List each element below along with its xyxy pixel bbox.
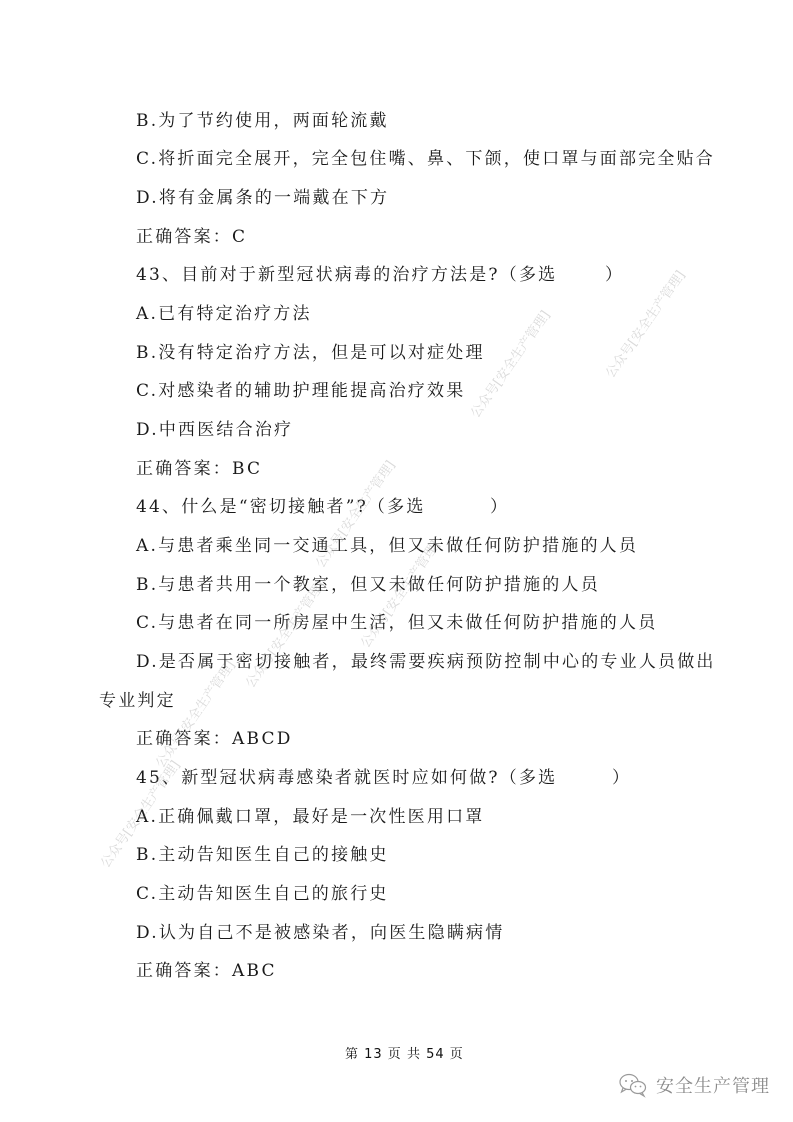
watermark-text: 公众号[安全生产管理] — [150, 656, 238, 771]
option-line: C.主动告知医生自己的旅行史 — [136, 883, 389, 905]
page-indicator: 第 13 页 共 54 页 — [345, 1043, 464, 1062]
option-line: A.与患者乘坐同一交通工具，但又未做任何防护措施的人员 — [136, 535, 638, 557]
brand-label: 安全生产管理 — [656, 1072, 770, 1098]
line-text: 正确答案：ABC — [136, 961, 277, 981]
line-text: C.将折面完全展开，完全包住嘴、鼻、下颌，使口罩与面部完全贴合 — [136, 149, 715, 169]
question-line: 43、目前对于新型冠状病毒的治疗方法是?（多选 — [136, 264, 557, 286]
question-line: 45、新型冠状病毒感染者就医时应如何做?（多选 — [136, 767, 557, 789]
document-page: B.为了节约使用，两面轮流戴C.将折面完全展开，完全包住嘴、鼻、下颌，使口罩与面… — [0, 0, 793, 1122]
line-text: A.正确佩戴口罩，最好是一次性医用口罩 — [136, 807, 484, 827]
brand-signature: 安全生产管理 — [618, 1072, 770, 1098]
line-text: A.与患者乘坐同一交通工具，但又未做任何防护措施的人员 — [136, 536, 638, 556]
wechat-icon — [618, 1072, 648, 1098]
line-text: 正确答案：C — [136, 227, 247, 247]
answer-line: 正确答案：BC — [136, 458, 262, 480]
option-line: B.与患者共用一个教室，但又未做任何防护措施的人员 — [136, 574, 600, 596]
line-text: 44、什么是“密切接触者”?（多选 — [136, 497, 426, 517]
answer-blank-close-paren: ） — [490, 496, 509, 518]
option-line: C.与患者在同一所房屋中生活，但又未做任何防护措施的人员 — [136, 612, 657, 634]
option-line: B.没有特定治疗方法，但是可以对症处理 — [136, 342, 485, 364]
line-text: C.与患者在同一所房屋中生活，但又未做任何防护措施的人员 — [136, 613, 657, 633]
option-line: B.为了节约使用，两面轮流戴 — [136, 110, 389, 132]
line-text: 正确答案：BC — [136, 459, 262, 479]
option-line: A.已有特定治疗方法 — [136, 303, 312, 325]
line-text: B.与患者共用一个教室，但又未做任何防护措施的人员 — [136, 575, 600, 595]
option-line: C.将折面完全展开，完全包住嘴、鼻、下颌，使口罩与面部完全贴合 — [136, 148, 715, 170]
line-text: A.已有特定治疗方法 — [136, 304, 312, 324]
line-text: D.认为自己不是被感染者，向医生隐瞒病情 — [136, 923, 504, 943]
line-text: D.将有金属条的一端戴在下方 — [136, 188, 389, 208]
option-line: D.认为自己不是被感染者，向医生隐瞒病情 — [136, 922, 504, 944]
question-line: 44、什么是“密切接触者”?（多选 — [136, 496, 426, 518]
line-text: 45、新型冠状病毒感染者就医时应如何做?（多选 — [136, 768, 557, 788]
line-text: 43、目前对于新型冠状病毒的治疗方法是?（多选 — [136, 265, 557, 285]
option-line: A.正确佩戴口罩，最好是一次性医用口罩 — [136, 806, 484, 828]
answer-blank-close-paren: ） — [612, 767, 631, 789]
answer-line: 正确答案：C — [136, 226, 247, 248]
option-line: C.对感染者的辅助护理能提高治疗效果 — [136, 380, 465, 402]
option-line: 专业判定 — [99, 690, 176, 712]
answer-blank-close-paren: ） — [605, 264, 624, 286]
line-text: B.主动告知医生自己的接触史 — [136, 845, 389, 865]
line-text: B.没有特定治疗方法，但是可以对症处理 — [136, 343, 485, 363]
line-text: B.为了节约使用，两面轮流戴 — [136, 111, 389, 131]
answer-line: 正确答案：ABC — [136, 960, 277, 982]
line-text: D.中西医结合治疗 — [136, 420, 293, 440]
line-text: C.主动告知医生自己的旅行史 — [136, 884, 389, 904]
option-line: D.将有金属条的一端戴在下方 — [136, 187, 389, 209]
option-line: B.主动告知医生自己的接触史 — [136, 844, 389, 866]
option-line: D.中西医结合治疗 — [136, 419, 293, 441]
line-text: C.对感染者的辅助护理能提高治疗效果 — [136, 381, 465, 401]
line-text: 专业判定 — [99, 691, 176, 711]
